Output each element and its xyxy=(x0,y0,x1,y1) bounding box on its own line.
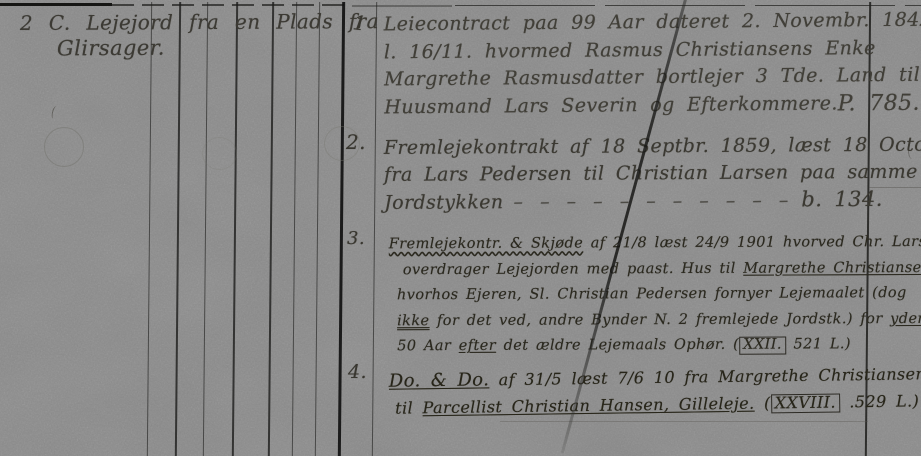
entry-3-line-1: Fremlejekontr. & Skjøde af 21/8 læst 24/… xyxy=(389,230,921,258)
column-rule xyxy=(203,2,209,456)
entry-4-ref-paren: ( xyxy=(754,393,770,412)
top-rule-segment xyxy=(112,4,348,6)
entry-1-line-4-text: Huusmand Lars Severin og Efterkommere. xyxy=(384,90,838,121)
entry-3-line-1-rest: af 21/8 læst 24/9 1901 hvorved Chr. Lars… xyxy=(583,234,921,252)
entry-3-line-4-text: for det ved, andre Bynder N. 2 fremlejed… xyxy=(429,311,890,329)
column-rule-heavy xyxy=(338,2,346,456)
ledger-page: 2 C. Lejejord fra en Plads fra Glirsager… xyxy=(0,0,921,456)
entry-4-doc-type: Do. & Do. xyxy=(389,369,490,391)
entry-1-folio-ref: P. 785. xyxy=(838,89,920,117)
entry-number: 2. xyxy=(346,130,366,154)
entry-4-grantee-name: Parcellist Christian Hansen, Gilleleje. xyxy=(422,394,754,418)
entry-3-emphasis-yderligere: yderligere xyxy=(890,311,921,327)
entry-4-line-1-rest: af 31/5 læst 7/6 10 fra Margrethe Christ… xyxy=(489,364,921,389)
entry-3-line-5-rest: det ældre Lejemaals Ophør. xyxy=(496,337,733,354)
entry-3-emphasis-efter: efter xyxy=(459,338,496,354)
column-rule xyxy=(315,2,321,456)
entry-3-grantee-name: Margrethe Christiansen, xyxy=(743,259,921,276)
entry-3-doc-type: Fremlejekontr. & Skjøde xyxy=(389,235,583,252)
entry-3-protocol-ref: XXII. xyxy=(739,337,786,354)
column-rule xyxy=(147,2,153,456)
entry-3-ref-page: 521 L.) xyxy=(786,337,851,353)
column-rule xyxy=(292,2,298,456)
pencil-circle xyxy=(44,127,84,167)
entry-2-folio-ref: b. 134. xyxy=(801,186,883,213)
entry-3-line-4: ikke for det ved, andre Bynder N. 2 frem… xyxy=(389,307,921,335)
entry-2-dash-fill: – – – – – – – – – – – xyxy=(503,187,801,216)
entry-number: 4. xyxy=(348,361,367,383)
entry-3-line-5: 50 Aar efter det ældre Lejemaals Ophør. … xyxy=(389,332,921,360)
entry-4-ref-page: .529 L.) xyxy=(840,391,920,411)
column-rule xyxy=(232,2,238,456)
entry-3-line-5-text: 50 Aar xyxy=(397,338,459,354)
top-rule-segment xyxy=(455,5,921,7)
pencil-circle xyxy=(202,137,237,170)
row-header-title: 2 C. Lejejord fra en Plads fra xyxy=(20,9,379,35)
top-rule-segment xyxy=(0,3,112,6)
entry-1-line-1: Leiecontract paa 99 Aar dateret 2. Novem… xyxy=(384,7,921,39)
entry-2-line-1: Fremlejekontrakt af 18 Septbr. 1859, læs… xyxy=(384,131,921,162)
column-rule xyxy=(268,2,274,456)
entry-2-line-3-text: Jordstykken xyxy=(384,189,503,217)
entry-1-line-4: Huusmand Lars Severin og Efterkommere. P… xyxy=(384,89,896,121)
top-rule-segment xyxy=(352,5,452,7)
entry-1: Leiecontract paa 99 Aar dateret 2. Novem… xyxy=(384,7,921,122)
entry-4-line-2-text: til xyxy=(395,398,423,417)
entry-number-column-rule xyxy=(372,2,378,456)
entry-4: Do. & Do. af 31/5 læst 7/6 10 fra Margre… xyxy=(389,360,921,421)
entry-number: 3. xyxy=(347,228,365,249)
entry-2: Fremlejekontrakt af 18 Septbr. 1859, læs… xyxy=(384,131,921,217)
entry-3-emphasis-ikke: ikke xyxy=(397,313,429,329)
entry-4-protocol-ref: XXVIII. xyxy=(771,393,840,413)
faint-rule xyxy=(500,421,868,422)
entry-3-line-3: hvorhos Ejeren, Sl. Christian Pedersen f… xyxy=(389,281,921,309)
row-header-title-line2: Glirsager. xyxy=(57,36,165,61)
ink-speck xyxy=(51,105,60,119)
entry-3-line-2: overdrager Lejejorden med paast. Hus til… xyxy=(389,255,921,283)
entry-3: Fremlejekontr. & Skjøde af 21/8 læst 24/… xyxy=(389,230,921,361)
entry-2-line-3: Jordstykken – – – – – – – – – – – b. 134… xyxy=(384,186,854,217)
entry-2-line-2: fra Lars Pedersen til Christian Larsen p… xyxy=(384,158,921,189)
entry-3-line-2-text: overdrager Lejejorden med paast. Hus til xyxy=(403,260,743,277)
column-rule xyxy=(175,2,181,456)
